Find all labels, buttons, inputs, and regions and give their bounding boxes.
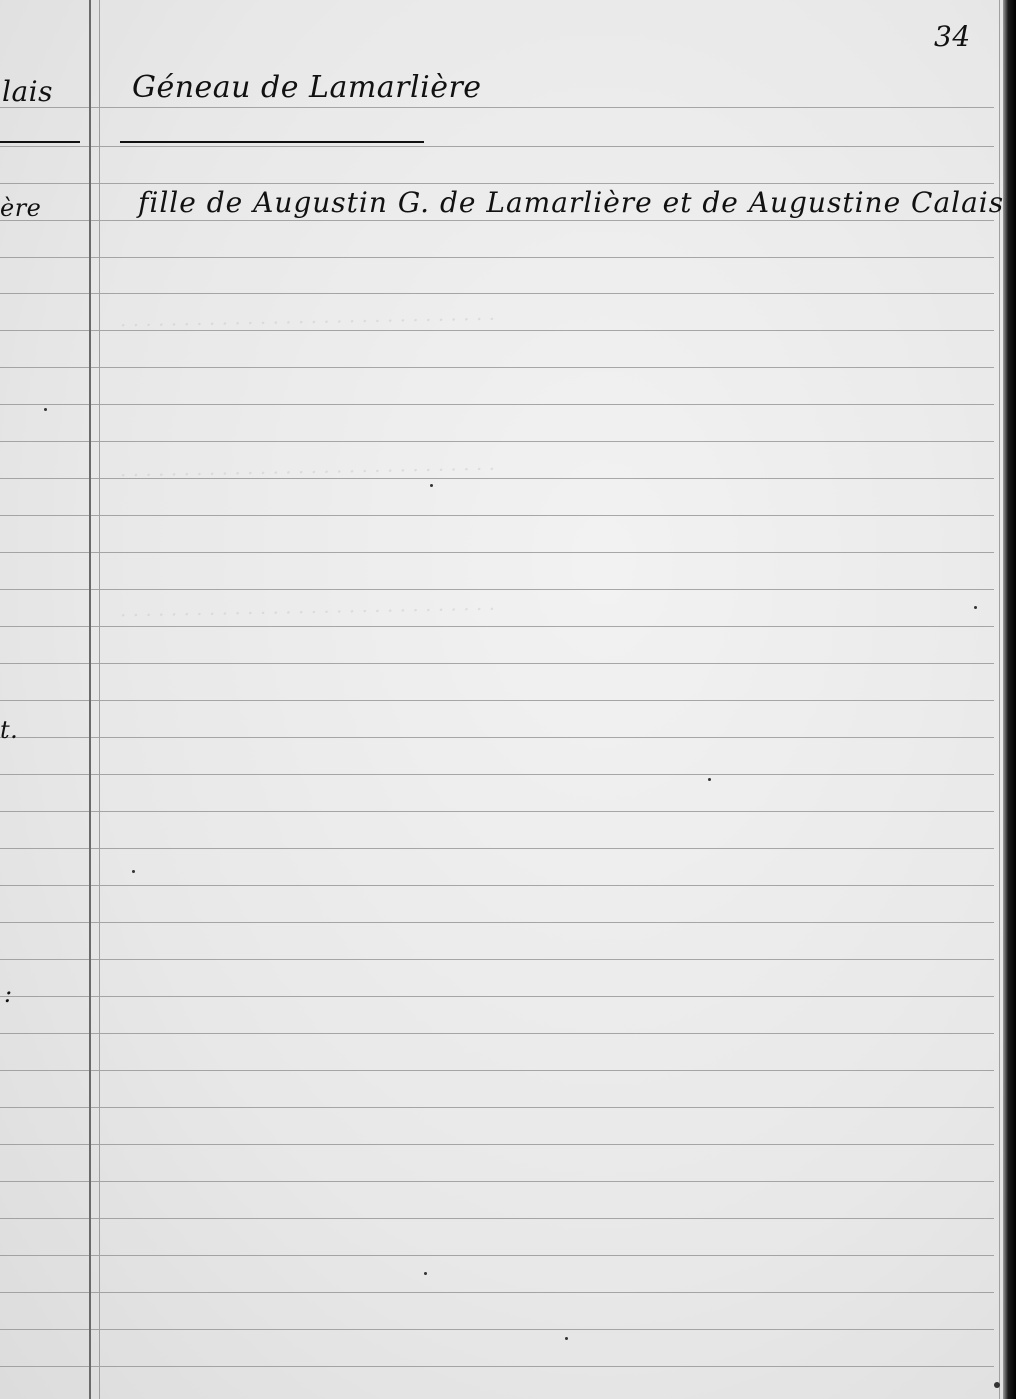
ruled-line [0,922,994,923]
ink-speck [565,1337,568,1340]
ruled-line [0,1218,994,1219]
ruled-line [0,441,994,442]
ruled-line [0,367,994,368]
ink-speck [974,606,977,609]
ruled-line [0,774,994,775]
ruled-line [0,848,994,849]
ruled-line [0,700,994,701]
ruled-line [0,1292,994,1293]
ruled-line [0,107,994,108]
heading-underline [120,141,424,143]
bleed-through-text: · · · · · · · · · · · · · · · · · · · · … [120,597,495,628]
bleed-through-text: · · · · · · · · · · · · · · · · · · · · … [120,307,495,338]
ruled-line [0,293,994,294]
ruled-line [0,1366,994,1367]
left-page-heading-rule [0,141,80,143]
ruled-line [0,1144,994,1145]
ruled-line [0,146,994,147]
ink-speck [132,870,135,873]
binding-edge [1003,0,1016,1399]
ruled-line [0,811,994,812]
ruled-line [0,885,994,886]
left-page-fragment: t. [0,716,18,744]
entry-heading: Géneau de Lamarlière [132,70,482,105]
ruled-line [0,996,994,997]
ruled-line [0,1181,994,1182]
ledger-page: · · · · · · · · · · · · · · · · · · · · … [0,0,1005,1399]
ruled-line [0,589,994,590]
ruled-line [0,515,994,516]
ruled-line [0,663,994,664]
ink-speck [430,484,433,487]
left-page-fragment: lais [2,75,53,108]
ink-speck [708,778,711,781]
ruled-line [0,959,994,960]
bleed-through-text: · · · · · · · · · · · · · · · · · · · · … [120,457,495,488]
ink-speck [44,408,47,411]
entry-line: fille de Augustin G. de Lamarlière et de… [138,186,1004,219]
ruled-line [0,183,994,184]
margin-line [99,0,100,1399]
ruled-line [0,1255,994,1256]
ruled-line [0,1070,994,1071]
gutter-fold-line [89,0,91,1399]
ruled-line [0,552,994,553]
ruled-line [0,1107,994,1108]
ink-speck [424,1272,427,1275]
left-page-fragment: ère [0,194,41,222]
ruled-line [0,1329,994,1330]
ruled-line [0,737,994,738]
ruled-line [0,1033,994,1034]
ruled-line [0,220,994,221]
ruled-line [0,257,994,258]
ruled-line [0,404,994,405]
ink-speck [994,1382,1000,1388]
page-number: 34 [934,20,971,53]
left-page-fragment: : [4,980,13,1008]
